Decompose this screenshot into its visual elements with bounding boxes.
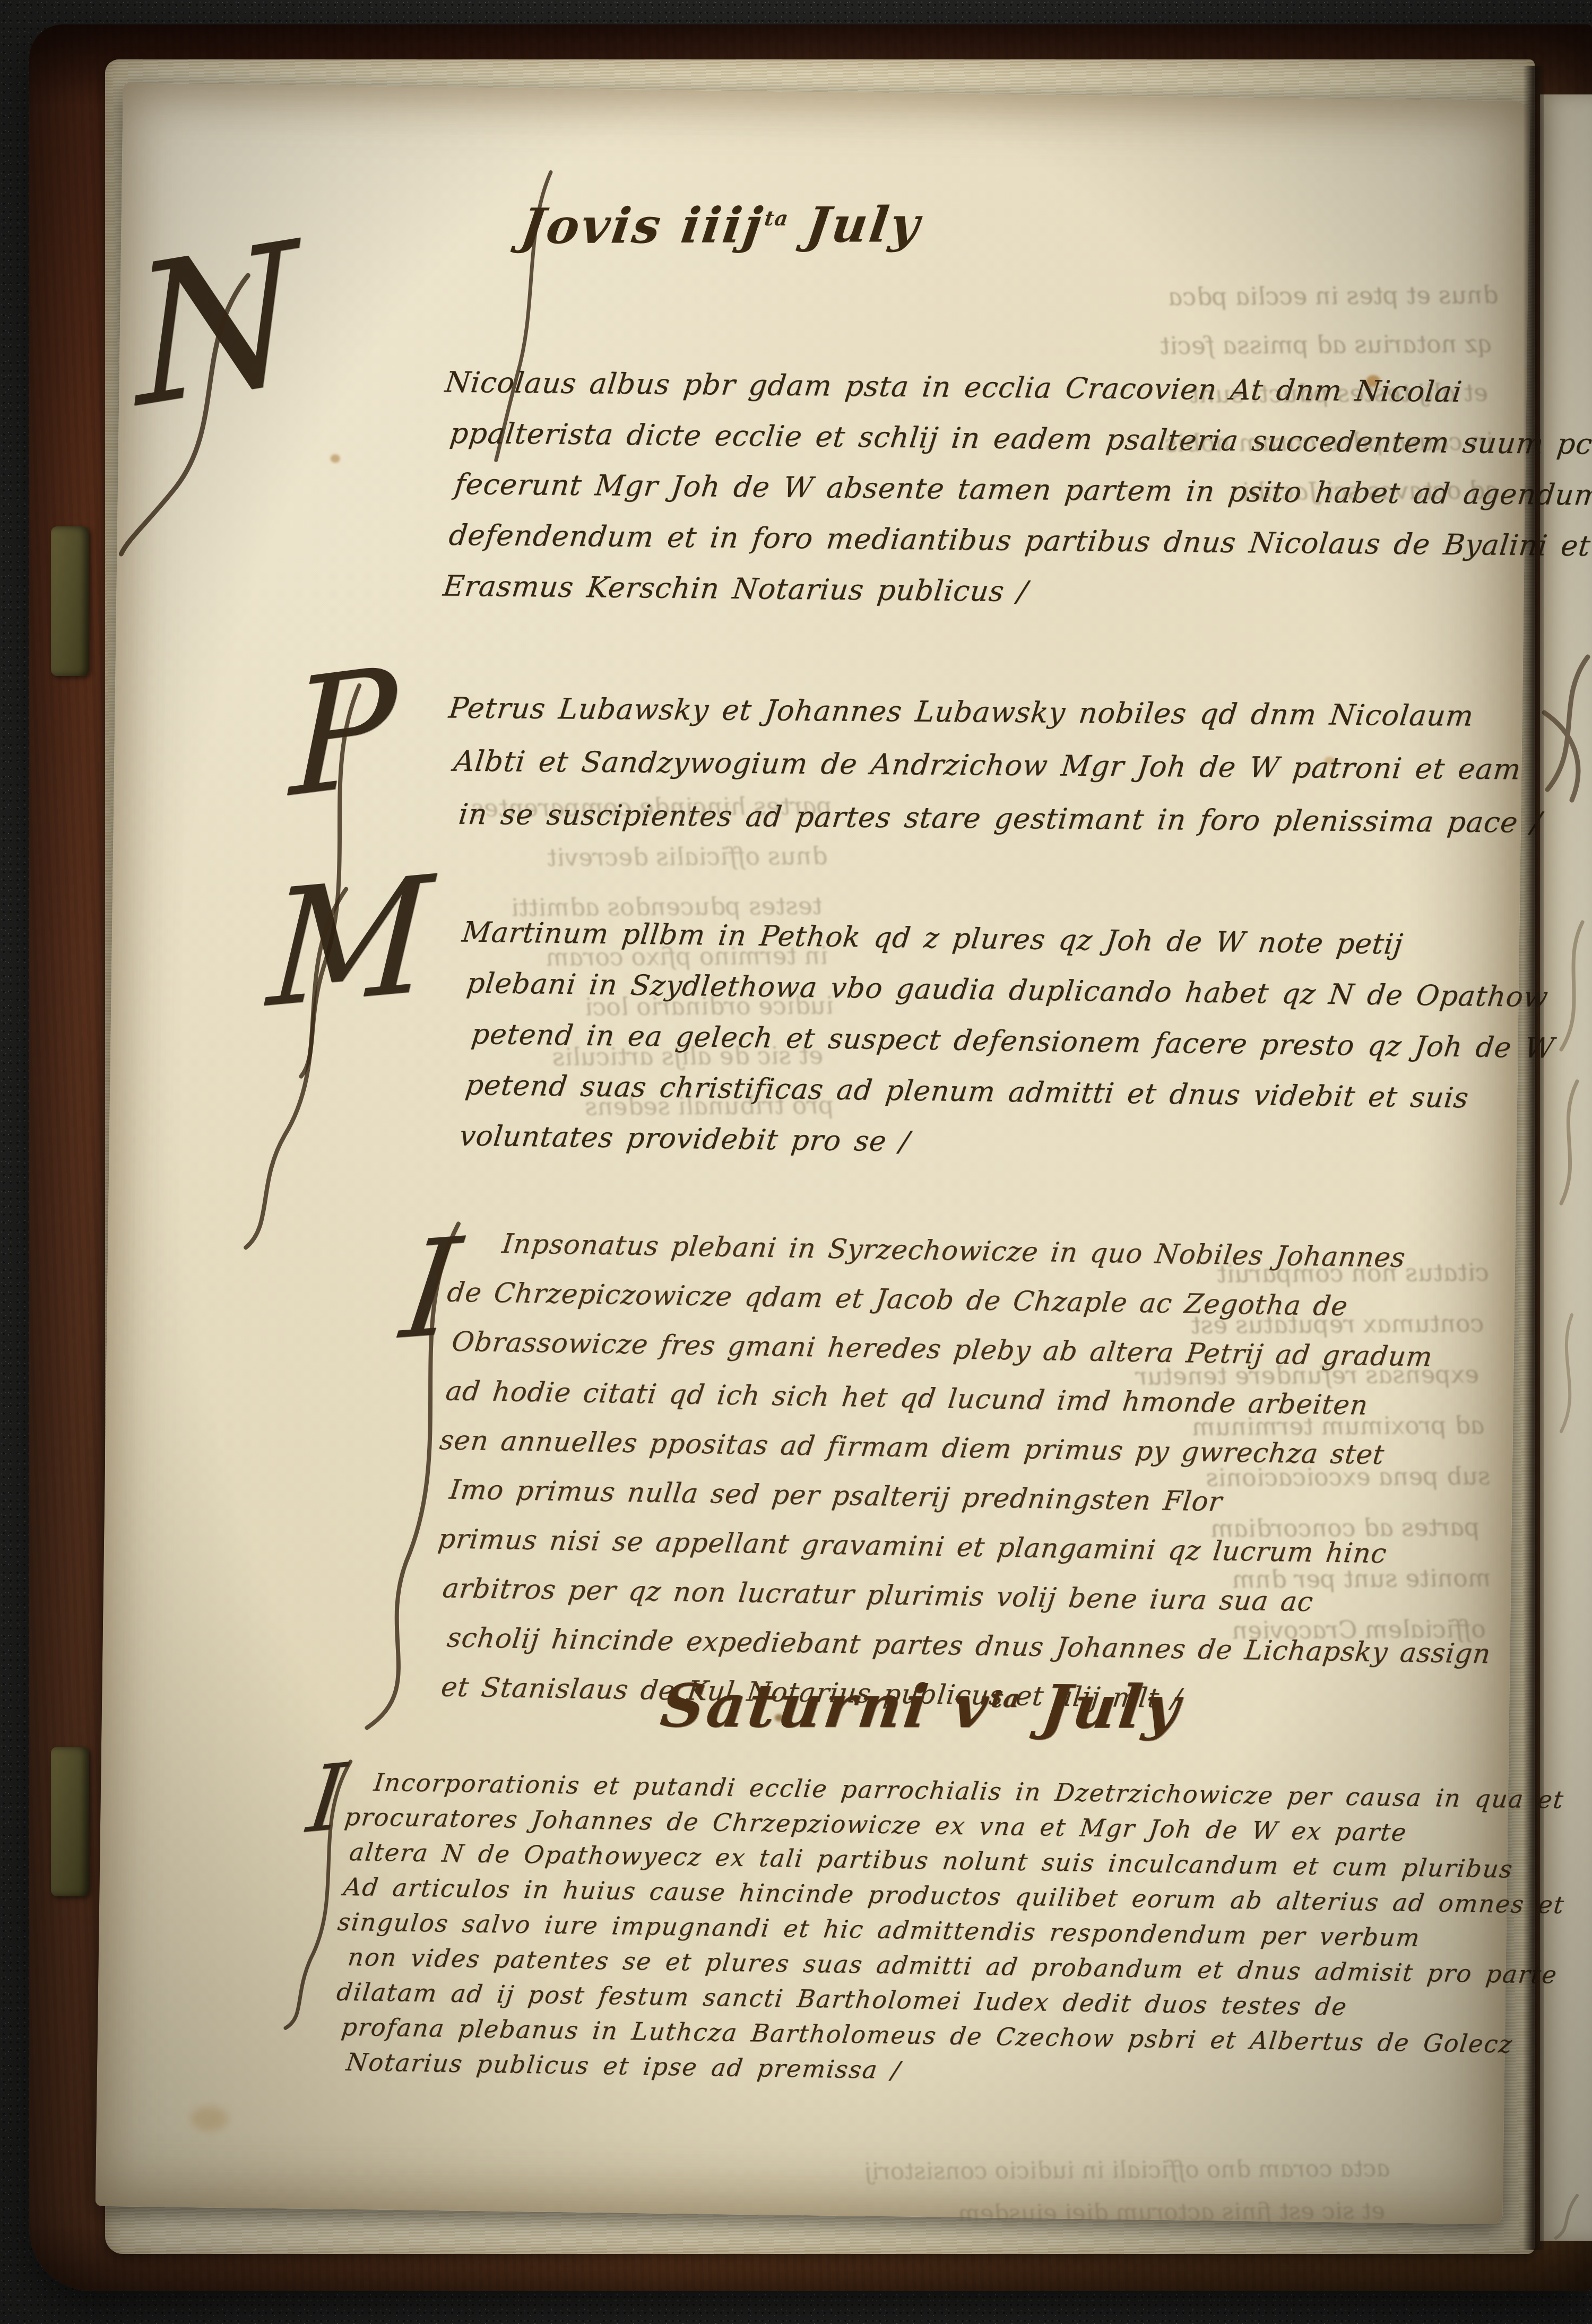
heading-day1: Jovis iiijta July — [517, 196, 925, 255]
fox-spot — [331, 454, 340, 463]
manuscript-line: dnus et ptes in ecclia pdca — [912, 270, 1501, 323]
entry-day2-incorporationis: Incorporationis et putandi ecclie parroc… — [335, 1764, 1497, 2096]
page-content: dnus et ptes in ecclia pdcaqz notarius a… — [96, 83, 1530, 2224]
entry-martinus: Martinum pllbm in Pethok qd z plures qz … — [459, 907, 1550, 1176]
photo-stage: dnus et ptes in ecclia pdcaqz notarius a… — [0, 0, 1592, 2324]
clasp-remnant-top — [51, 526, 89, 676]
ink-flourish — [484, 167, 563, 465]
entry-incorporationis: Inpsonatus plebani in Syrzechowicze in q… — [436, 1218, 1573, 1729]
manuscript-line: Albti et Sandzywogium de Andrzichow Mgr … — [451, 735, 1555, 796]
ink-flourish — [351, 1216, 474, 1738]
stain — [191, 2106, 228, 2131]
heading-day1-month: July — [784, 196, 925, 254]
heading-day2-month: July — [1015, 1672, 1186, 1742]
ink-flourish — [273, 1756, 361, 2033]
heading-day1-superscript: ta — [763, 207, 790, 231]
entry-petrus: Petrus Lubawsky et Johannes Lubawsky nob… — [448, 682, 1553, 849]
clasp-remnant-bottom — [51, 1747, 89, 1896]
heading-day2-superscript: ta — [989, 1684, 1022, 1713]
showthrough-block: acta coram dno officiali in iudicio cons… — [276, 2147, 1391, 2239]
heading-day2-text: Saturni v — [657, 1671, 994, 1741]
manuscript-page: dnus et ptes in ecclia pdcaqz notarius a… — [96, 83, 1530, 2224]
manuscript-line: in se suscipientes ad partes stare gesti… — [456, 788, 1555, 849]
ink-flourish — [117, 263, 258, 562]
manuscript-line: et sic est finis actorum diei eiusdem — [274, 2190, 1387, 2239]
ink-flourish — [235, 880, 357, 1253]
manuscript-line: Petrus Lubawsky et Johannes Lubawsky nob… — [446, 682, 1555, 743]
manuscript-line: acta coram dno officiali in iudicio cons… — [274, 2147, 1392, 2197]
entry-nicolaus: Nicolaus albus pbr gdam psta in ecclia C… — [443, 357, 1550, 622]
heading-day2: Saturni vta July — [657, 1671, 1186, 1742]
manuscript-line: Erasmus Kerschin Notarius publicus / — [440, 561, 1550, 622]
gutter-shadow — [1523, 66, 1544, 2250]
